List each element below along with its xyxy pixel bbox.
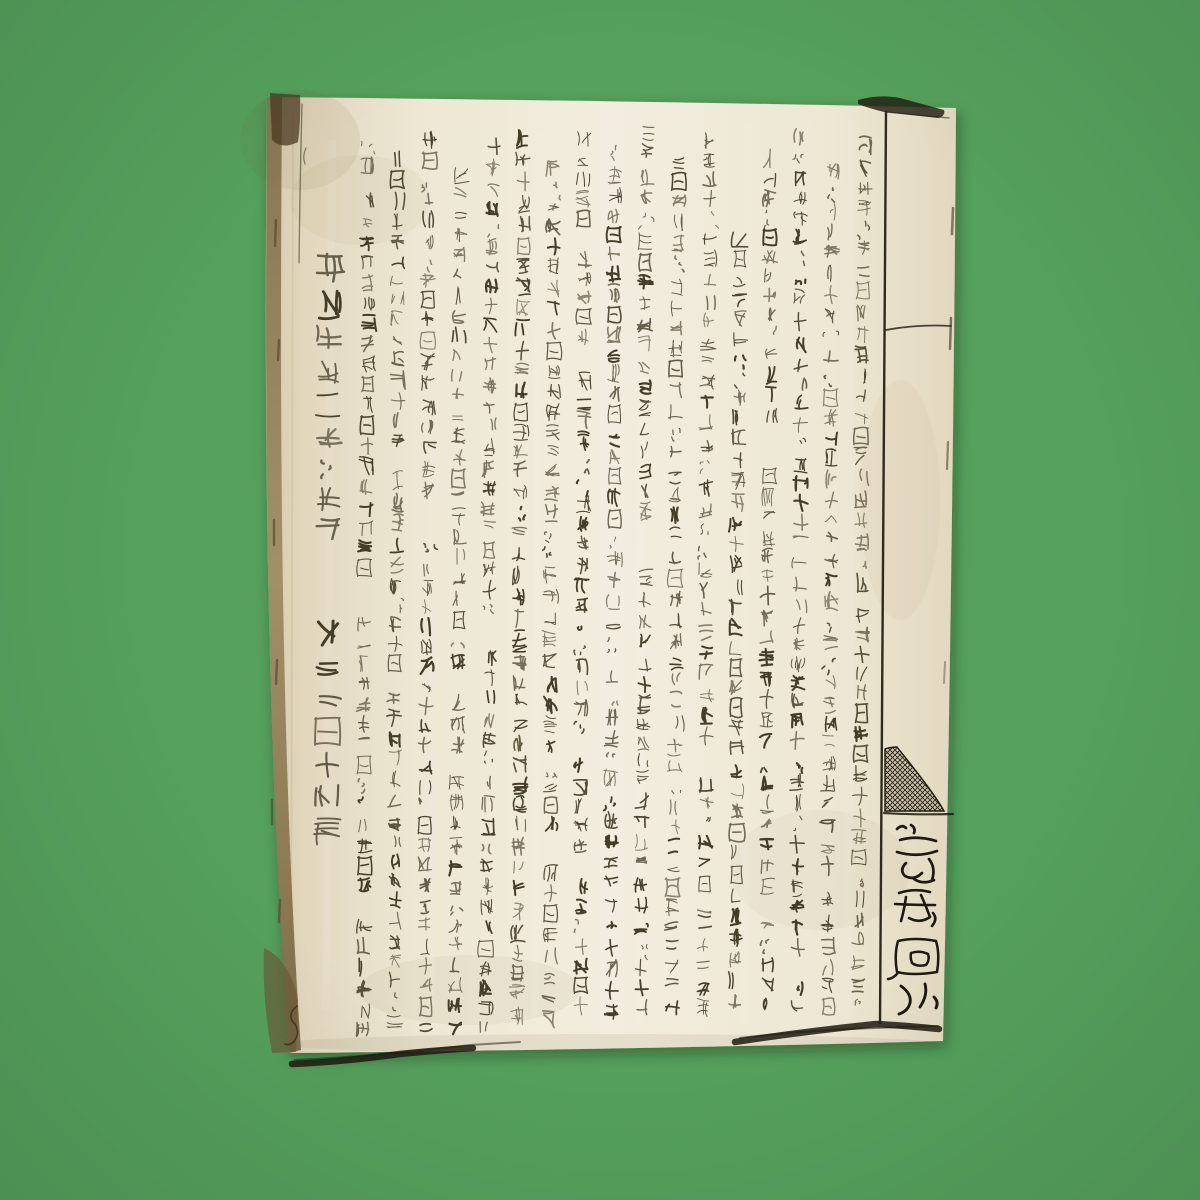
- glyph: [671, 507, 678, 523]
- glyph: [636, 857, 646, 863]
- margin-rule-lower: [884, 813, 953, 814]
- book-photo: [0, 0, 1200, 1200]
- photo-backdrop: [0, 0, 1200, 1200]
- glyph: [358, 540, 371, 551]
- binding-stain-top: [270, 93, 300, 146]
